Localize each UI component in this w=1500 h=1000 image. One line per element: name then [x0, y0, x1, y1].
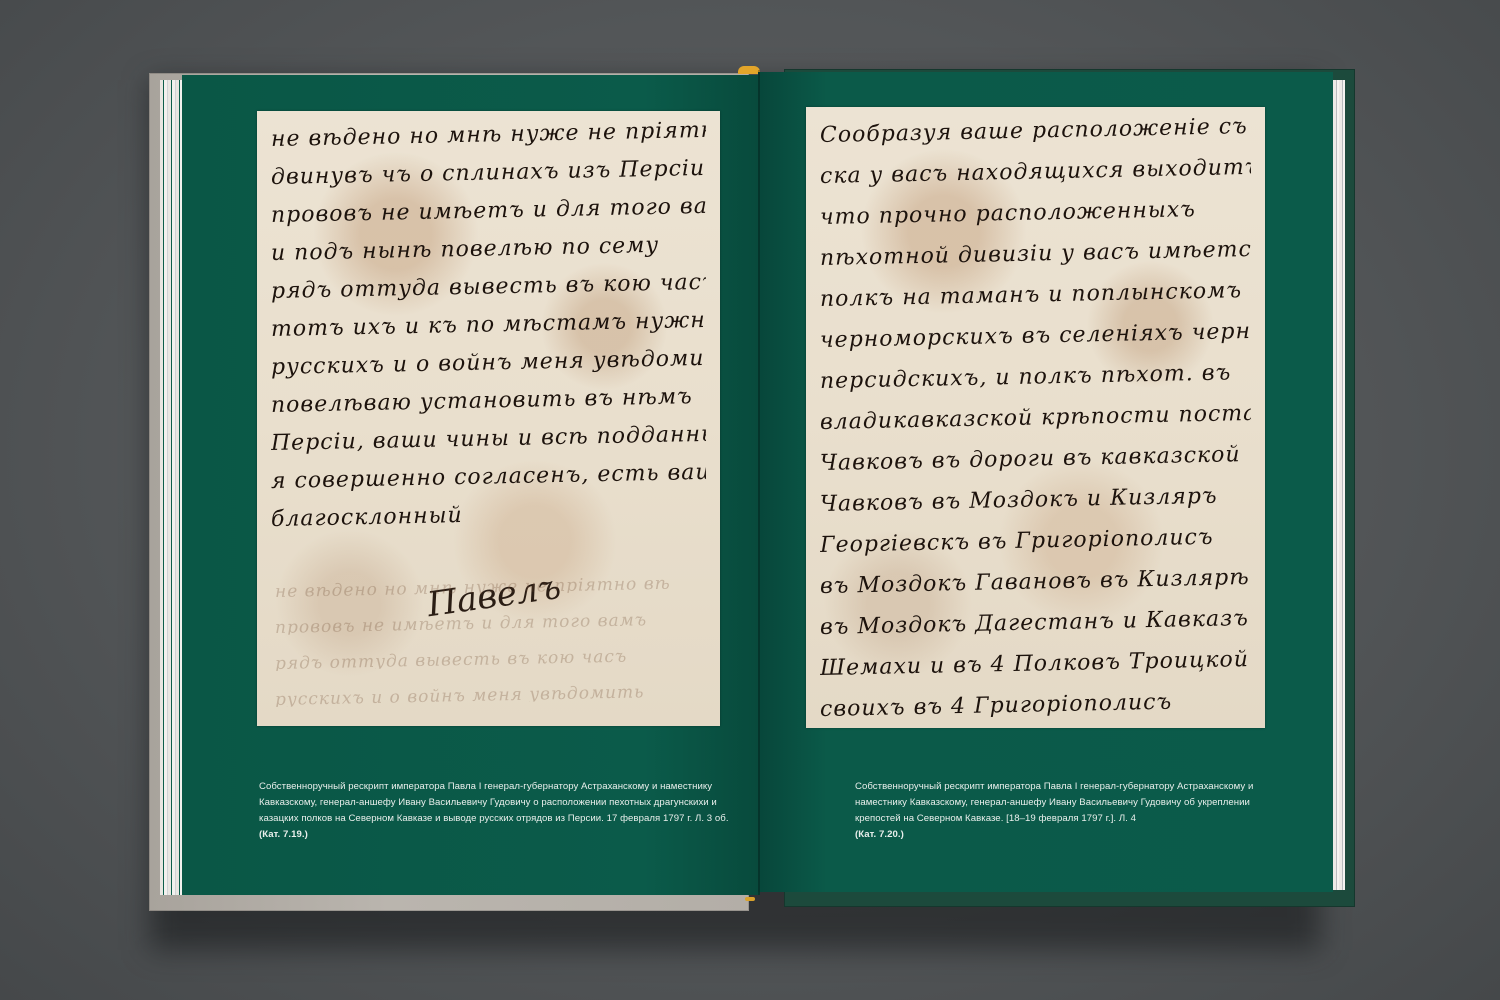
- right-page-edges: [1333, 80, 1345, 890]
- handwriting-line: я совершенно согласенъ, есть вашъ: [271, 462, 706, 493]
- handwriting-line: повелѣваю установить въ нѣмъ: [271, 386, 706, 417]
- gutter: [758, 70, 760, 895]
- bleed-through-text: не вѣдено но мнѣ нуже не пріятно вѣ пров…: [275, 581, 702, 725]
- handwriting-line: владикавказской крѣпости поставить: [820, 403, 1251, 434]
- handwriting-line: русскихъ и о войнъ меня увѣдомить: [271, 348, 706, 379]
- handwriting-line: рядъ оттуда вывесть въ кою часъ: [271, 272, 706, 303]
- bleed-through-line: прововъ не имѣетъ и для того вамъ: [275, 608, 702, 635]
- handwriting-line: своихъ въ 4 Григоріополисъ: [820, 690, 1251, 721]
- handwriting-line: въ Моздокъ Дагестанъ и Кавказъ: [820, 608, 1251, 639]
- right-caption: Собственноручный рескрипт императора Пав…: [855, 779, 1275, 843]
- handwriting-line: благосклонный: [271, 500, 706, 531]
- handwriting-line: тотъ ихъ и къ по мѣстамъ нужнымъ: [271, 310, 706, 341]
- handwriting-line: полкъ на таманъ и поплынскомъ: [820, 280, 1251, 311]
- handwriting-line: пѣхотной дивизіи у васъ имѣется: [820, 239, 1251, 270]
- handwriting-line: въ Моздокъ Гавановъ въ Кизлярѣ: [820, 567, 1251, 598]
- handwriting-line: что прочно расположенныхъ: [820, 198, 1251, 229]
- left-page-edges: [160, 80, 184, 895]
- handwriting-line: прововъ не имѣетъ и для того вамъ: [271, 196, 706, 227]
- handwriting-line: не вѣдено но мнѣ нуже не пріятно вѣ: [271, 120, 706, 151]
- headband: [738, 66, 760, 74]
- handwriting-line: Шемахи и въ 4 Полковъ Троицкой: [820, 649, 1251, 680]
- left-caption: Собственноручный рескрипт императора Пав…: [259, 779, 729, 843]
- bleed-through-line: русскихъ и о войнъ меня увѣдомить: [275, 680, 702, 707]
- handwriting-line: Персіи, ваши чины и всѣ подданные: [271, 424, 706, 455]
- handwriting-line: Георгіевскъ въ Григоріополисъ: [820, 526, 1251, 557]
- catalog-reference: (Кат. 7.20.): [855, 827, 1275, 843]
- handwriting-line: ска у васъ находящихся выходитъ: [820, 157, 1251, 188]
- handwriting-line: и подъ нынѣ повелѣю по сему: [271, 234, 706, 265]
- handwriting-line: персидскихъ, и полкъ пѣхот. въ: [820, 362, 1251, 393]
- handwriting-line: Сообразуя ваше расположеніе съ числомъ в…: [820, 116, 1251, 147]
- caption-text: Собственноручный рескрипт императора Пав…: [855, 781, 1253, 824]
- handwriting-line: Чавковъ въ Моздокъ и Кизляръ: [820, 485, 1251, 516]
- handwriting-line: двинувъ чъ о сплинахъ изъ Персіи: [271, 158, 706, 189]
- left-manuscript-image: не вѣдено но мнѣ нуже не пріятно вѣ двин…: [257, 111, 720, 726]
- manuscript-text: Сообразуя ваше расположеніе съ числомъ в…: [820, 125, 1251, 728]
- bleed-through-line: рядъ оттуда вывесть въ кою часъ: [275, 644, 702, 671]
- tailband: [745, 897, 755, 901]
- right-manuscript-image: Сообразуя ваше расположеніе съ числомъ в…: [806, 107, 1265, 728]
- catalog-reference: (Кат. 7.19.): [259, 827, 729, 843]
- handwriting-line: черноморскихъ въ селеніяхъ черно: [820, 321, 1251, 352]
- caption-text: Собственноручный рескрипт императора Пав…: [259, 781, 729, 824]
- handwriting-line: Чавковъ въ дороги въ кавказской: [820, 444, 1251, 475]
- bleed-through-line: не вѣдено но мнѣ нуже не пріятно вѣ: [275, 572, 702, 599]
- manuscript-text: не вѣдено но мнѣ нуже не пріятно вѣ двин…: [271, 129, 706, 547]
